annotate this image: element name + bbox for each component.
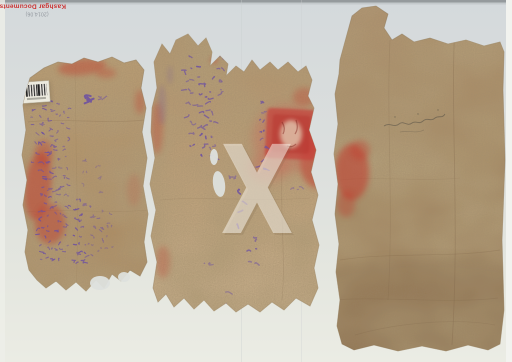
watermark: X X	[220, 119, 295, 264]
archive-label-subline: (2014.06)	[8, 10, 66, 16]
barcode-bars	[25, 84, 48, 97]
barcode-sticker	[22, 81, 52, 105]
scan-right-margin	[506, 0, 512, 362]
scan-artwork: X X	[0, 0, 512, 362]
scan-canvas: X X (2014.06) Kashgar Documents LA-048	[0, 0, 512, 362]
scan-left-margin	[0, 0, 5, 362]
scan-top-edge	[0, 0, 512, 3]
watermark-x: X	[220, 119, 293, 262]
fragment-left	[22, 57, 148, 291]
archive-label-mainline: Kashgar Documents LA-048	[8, 3, 66, 10]
archive-label: (2014.06) Kashgar Documents LA-048	[8, 3, 66, 16]
